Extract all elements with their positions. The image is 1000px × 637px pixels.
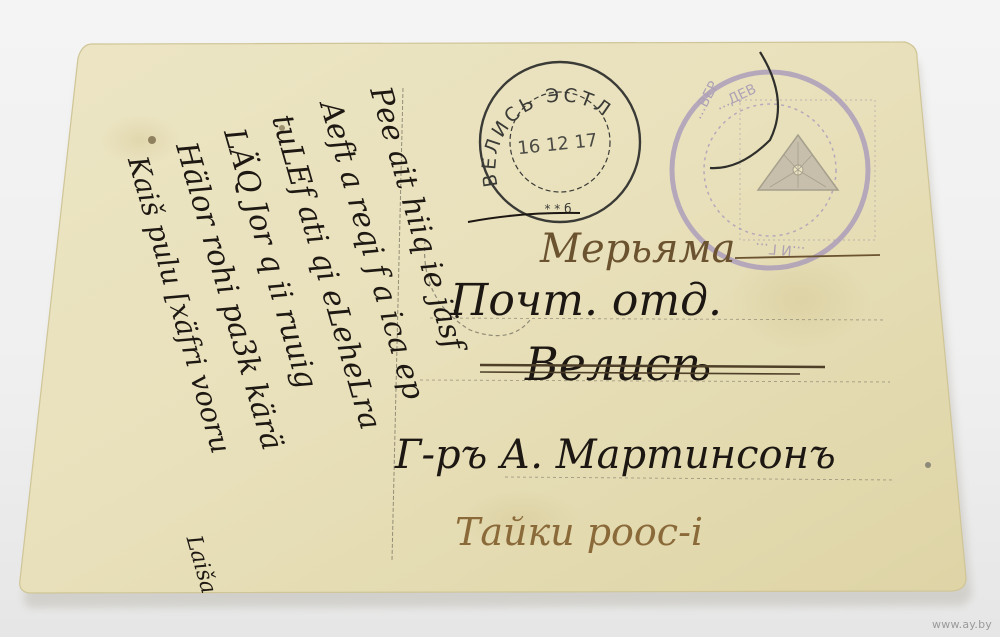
photo-stage: ...ДЕВ ...ВЕР ...И Г... [0, 0, 1000, 637]
svg-text:Мерьяма: Мерьяма [539, 226, 736, 272]
postcard-photo: ...ДЕВ ...ВЕР ...И Г... [0, 0, 1000, 637]
svg-text:Почт. отд.: Почт. отд. [449, 275, 722, 326]
svg-text:Г-ръ А. Мартинсонъ: Г-ръ А. Мартинсонъ [394, 432, 836, 478]
svg-text:Велисѣ: Велисѣ [524, 337, 711, 391]
svg-text:Тайки роос-і: Тайки роос-і [455, 510, 703, 554]
watermark: www.ay.by [932, 618, 992, 631]
